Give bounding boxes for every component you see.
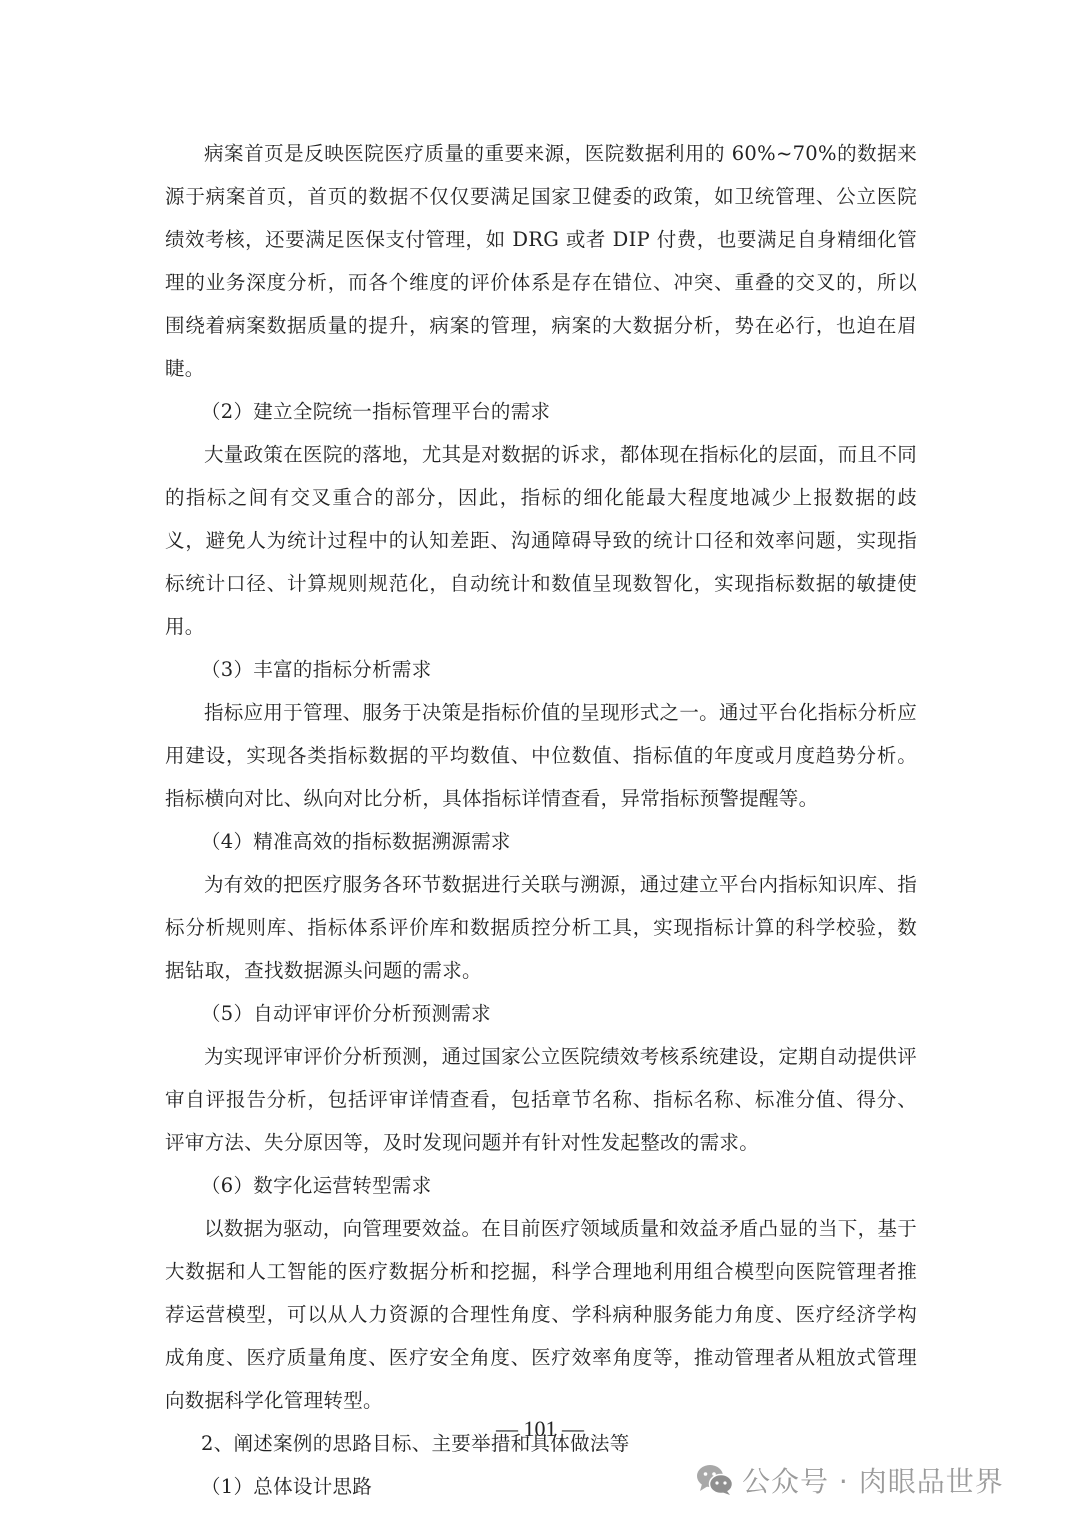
paragraph-indicator-analysis: 指标应用于管理、服务于决策是指标价值的呈现形式之一。通过平台化指标分析应用建设，… xyxy=(165,691,917,820)
watermark: 公众号 · 肉眼品世界 xyxy=(696,1460,1004,1500)
heading-digital-operation-transformation: （6）数字化运营转型需求 xyxy=(165,1164,917,1207)
page-number: — 101 — xyxy=(0,1416,1080,1442)
heading-auto-review-prediction: （5）自动评审评价分析预测需求 xyxy=(165,992,917,1035)
paragraph-unified-indicator-platform: 大量政策在医院的落地，尤其是对数据的诉求，都体现在指标化的层面，而且不同的指标之… xyxy=(165,433,917,648)
wechat-icon xyxy=(696,1464,734,1496)
watermark-text: 公众号 · 肉眼品世界 xyxy=(742,1460,1004,1500)
document-body: 病案首页是反映医院医疗质量的重要来源，医院数据利用的 60%~70%的数据来源于… xyxy=(165,132,917,1508)
paragraph-medical-record-homepage: 病案首页是反映医院医疗质量的重要来源，医院数据利用的 60%~70%的数据来源于… xyxy=(165,132,917,390)
heading-unified-indicator-platform: （2）建立全院统一指标管理平台的需求 xyxy=(165,390,917,433)
paragraph-data-traceability: 为有效的把医疗服务各环节数据进行关联与溯源，通过建立平台内指标知识库、指标分析规… xyxy=(165,863,917,992)
heading-indicator-analysis: （3）丰富的指标分析需求 xyxy=(165,648,917,691)
paragraph-auto-review-prediction: 为实现评审评价分析预测，通过国家公立医院绩效考核系统建设，定期自动提供评审自评报… xyxy=(165,1035,917,1164)
paragraph-digital-operation-transformation: 以数据为驱动，向管理要效益。在目前医疗领域质量和效益矛盾凸显的当下，基于大数据和… xyxy=(165,1207,917,1422)
heading-data-traceability: （4）精准高效的指标数据溯源需求 xyxy=(165,820,917,863)
